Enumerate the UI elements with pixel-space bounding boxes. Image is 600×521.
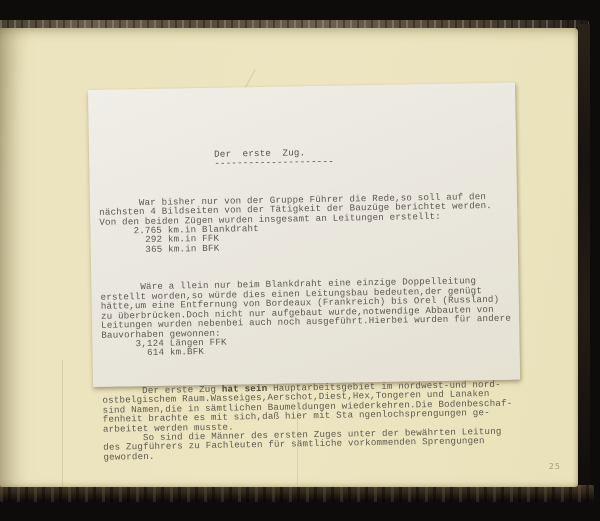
scanned-album-photo: { "album": { "page_number": "25" }, "doc… — [0, 0, 600, 521]
page-crease — [62, 360, 63, 487]
paragraph-2: Wäre a llein nur beim Blankdraht eine ei… — [100, 276, 519, 359]
page-number: 25 — [549, 462, 561, 471]
pasted-typewritten-document: Der erste Zug. --------------------- War… — [88, 83, 520, 387]
album-cover-right-edge — [577, 24, 590, 491]
album-page: 25 Der erste Zug. --------------------- … — [0, 28, 578, 487]
document-title-block: Der erste Zug. --------------------- — [214, 144, 516, 168]
title-underline: --------------------- — [214, 156, 334, 169]
paragraph-1: War bisher nur von der Gruppe Führer die… — [99, 191, 518, 255]
album-cover-bottom-edge — [0, 485, 594, 502]
paragraph-3: Der erste Zug hat sein Hauptarbeitsgebie… — [102, 379, 521, 462]
document-text-area: Der erste Zug. --------------------- War… — [88, 83, 520, 387]
